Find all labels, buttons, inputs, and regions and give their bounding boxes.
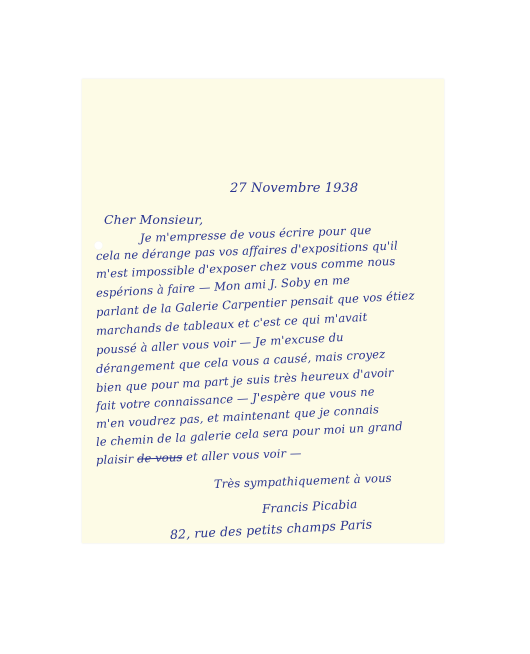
body-line-last: plaisir de vous et aller vous voir —	[96, 446, 302, 467]
letter-date: 27 Novembre 1938	[230, 181, 358, 196]
letter-address: 82, rue des petits champs Paris	[170, 516, 373, 542]
struck-text: de vous	[137, 450, 183, 466]
letter-closing: Très sympathiquement à vous	[214, 471, 392, 491]
letter-signature: Francis Picabia	[262, 497, 358, 516]
plaisir-word: plaisir	[96, 452, 138, 467]
letter-sheet: 27 Novembre 1938 Cher Monsieur, Je m'emp…	[82, 79, 444, 543]
after-strike-text: et aller vous voir —	[186, 446, 302, 464]
letter-salutation: Cher Monsieur,	[104, 212, 203, 227]
